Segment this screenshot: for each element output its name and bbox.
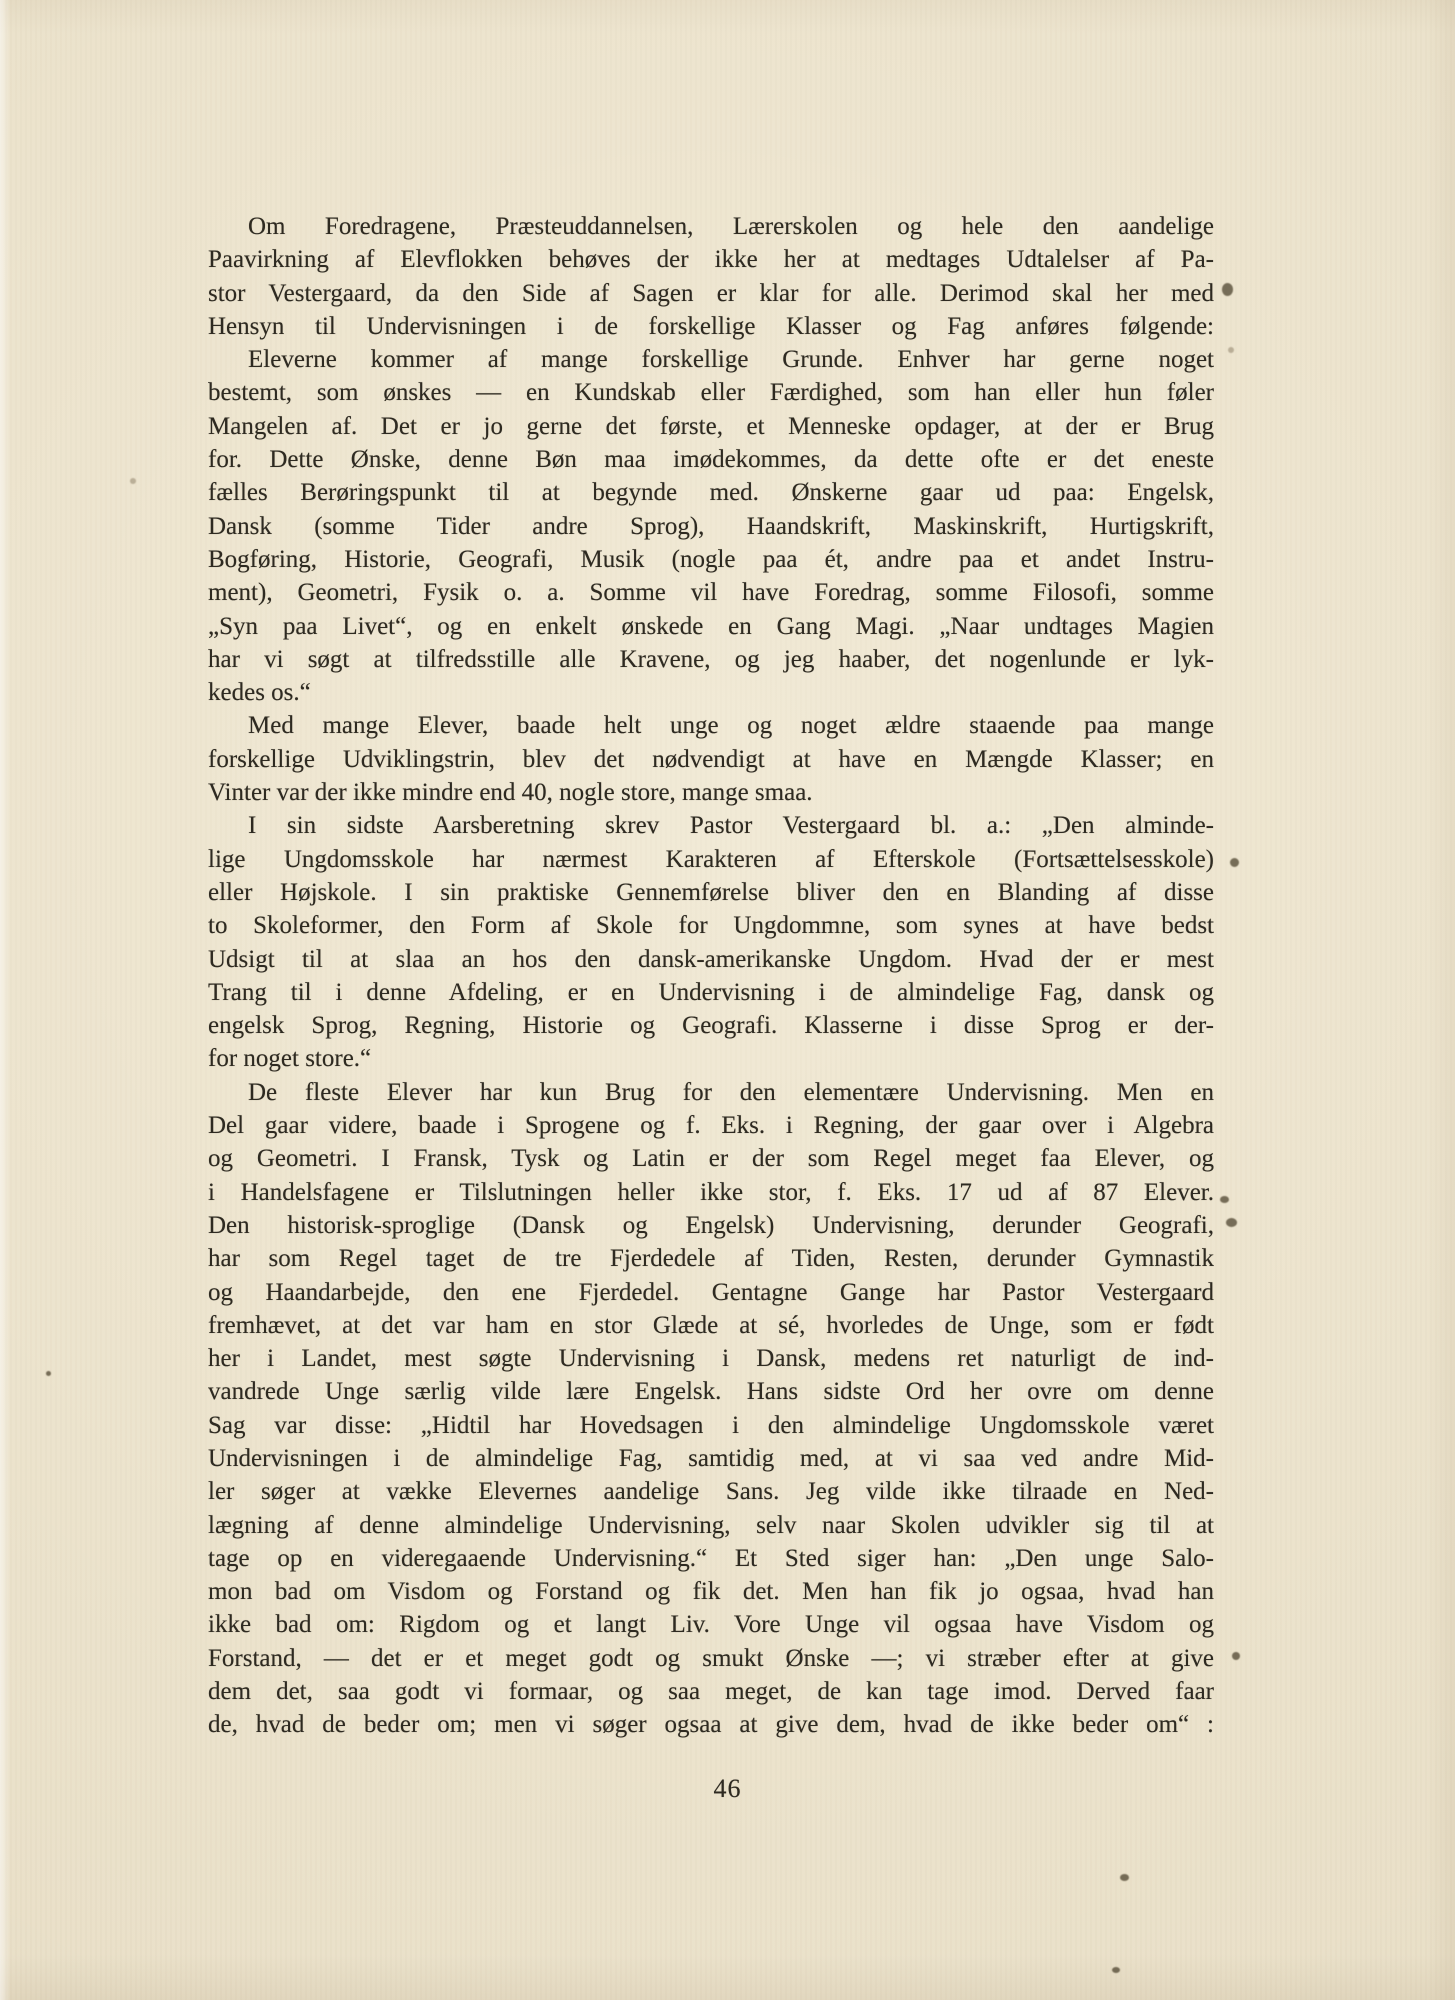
text-line: Sag var disse: „Hidtil har Hovedsagen i … xyxy=(208,1409,1214,1442)
text-line: bestemt, som ønskes — en Kundskab eller … xyxy=(208,376,1214,409)
ink-speck xyxy=(1228,347,1234,353)
text-line: ler søger at vække Elevernes aandelige S… xyxy=(208,1475,1214,1508)
text-line: lægning af denne almindelige Undervisnin… xyxy=(208,1509,1214,1542)
text-line: Udsigt til at slaa an hos den dansk-amer… xyxy=(208,943,1214,976)
text-line: Bogføring, Historie, Geografi, Musik (no… xyxy=(208,543,1214,576)
text-line: Vinter var der ikke mindre end 40, nogle… xyxy=(208,776,1214,809)
text-line: Eleverne kommer af mange forskellige Gru… xyxy=(208,343,1214,376)
page-number: 46 xyxy=(0,1774,1455,1804)
text-line: I sin sidste Aarsberetning skrev Pastor … xyxy=(208,809,1214,842)
text-line: forskellige Udviklingstrin, blev det nød… xyxy=(208,743,1214,776)
text-line: Mangelen af. Det er jo gerne det første,… xyxy=(208,410,1214,443)
text-line: lige Ungdomsskole har nærmest Karakteren… xyxy=(208,843,1214,876)
text-line: for. Dette Ønske, denne Bøn maa imødekom… xyxy=(208,443,1214,476)
text-line: engelsk Sprog, Regning, Historie og Geog… xyxy=(208,1009,1214,1042)
text-line: Trang til i denne Afdeling, er en Underv… xyxy=(208,976,1214,1009)
text-line: eller Højskole. I sin praktiske Gennemfø… xyxy=(208,876,1214,909)
text-line: fælles Berøringspunkt til at begynde med… xyxy=(208,476,1214,509)
text-line: Den historisk-sproglige (Dansk og Engels… xyxy=(208,1209,1214,1242)
text-line: kedes os.“ xyxy=(208,676,1214,709)
ink-speck xyxy=(1226,1218,1237,1227)
text-line: i Handelsfagene er Tilslutningen heller … xyxy=(208,1176,1214,1209)
text-line: har som Regel taget de tre Fjerdedele af… xyxy=(208,1242,1214,1275)
ink-speck xyxy=(1230,858,1239,867)
scanned-page: { "colors": { "paper": "#e9dfc7", "ink":… xyxy=(0,0,1455,2000)
text-line: mon bad om Visdom og Forstand og fik det… xyxy=(208,1575,1214,1608)
text-line: dem det, saa godt vi formaar, og saa meg… xyxy=(208,1675,1214,1708)
text-line: har vi søgt at tilfredsstille alle Krave… xyxy=(208,643,1214,676)
text-line: De fleste Elever har kun Brug for den el… xyxy=(208,1076,1214,1109)
text-line: og Geometri. I Fransk, Tysk og Latin er … xyxy=(208,1142,1214,1175)
text-line: ment), Geometri, Fysik o. a. Somme vil h… xyxy=(208,576,1214,609)
text-line: stor Vestergaard, da den Side af Sagen e… xyxy=(208,277,1214,310)
text-line: de, hvad de beder om; men vi søger ogsaa… xyxy=(208,1708,1214,1741)
ink-speck xyxy=(130,478,136,484)
text-line: Undervisningen i de almindelige Fag, sam… xyxy=(208,1442,1214,1475)
text-line: tage op en videregaaende Undervisning.“ … xyxy=(208,1542,1214,1575)
text-line: vandrede Unge særlig vilde lære Engelsk.… xyxy=(208,1375,1214,1408)
text-line: her i Landet, mest søgte Undervisning i … xyxy=(208,1342,1214,1375)
text-line: og Haandarbejde, den ene Fjerdedel. Gent… xyxy=(208,1276,1214,1309)
text-line: Med mange Elever, baade helt unge og nog… xyxy=(208,709,1214,742)
page-text: Om Foredragene, Præsteuddannelsen, Lærer… xyxy=(208,210,1214,1742)
text-line: „Syn paa Livet“, og en enkelt ønskede en… xyxy=(208,610,1214,643)
ink-speck xyxy=(1112,1967,1120,1973)
text-line: ikke bad om: Rigdom og et langt Liv. Vor… xyxy=(208,1608,1214,1641)
text-line: Forstand, — det er et meget godt og smuk… xyxy=(208,1642,1214,1675)
text-line: to Skoleformer, den Form af Skole for Un… xyxy=(208,909,1214,942)
text-line: Paavirkning af Elevflokken behøves der i… xyxy=(208,243,1214,276)
ink-speck xyxy=(1222,283,1233,296)
ink-speck xyxy=(1220,1196,1229,1203)
text-line: Om Foredragene, Præsteuddannelsen, Lærer… xyxy=(208,210,1214,243)
ink-speck xyxy=(46,1371,51,1376)
ink-speck xyxy=(1232,1652,1240,1660)
text-line: Del gaar videre, baade i Sprogene og f. … xyxy=(208,1109,1214,1142)
text-line: Hensyn til Undervisningen i de forskelli… xyxy=(208,310,1214,343)
ink-speck xyxy=(1120,1874,1129,1881)
text-line: Dansk (somme Tider andre Sprog), Haandsk… xyxy=(208,510,1214,543)
text-line: fremhævet, at det var ham en stor Glæde … xyxy=(208,1309,1214,1342)
text-line: for noget store.“ xyxy=(208,1042,1214,1075)
